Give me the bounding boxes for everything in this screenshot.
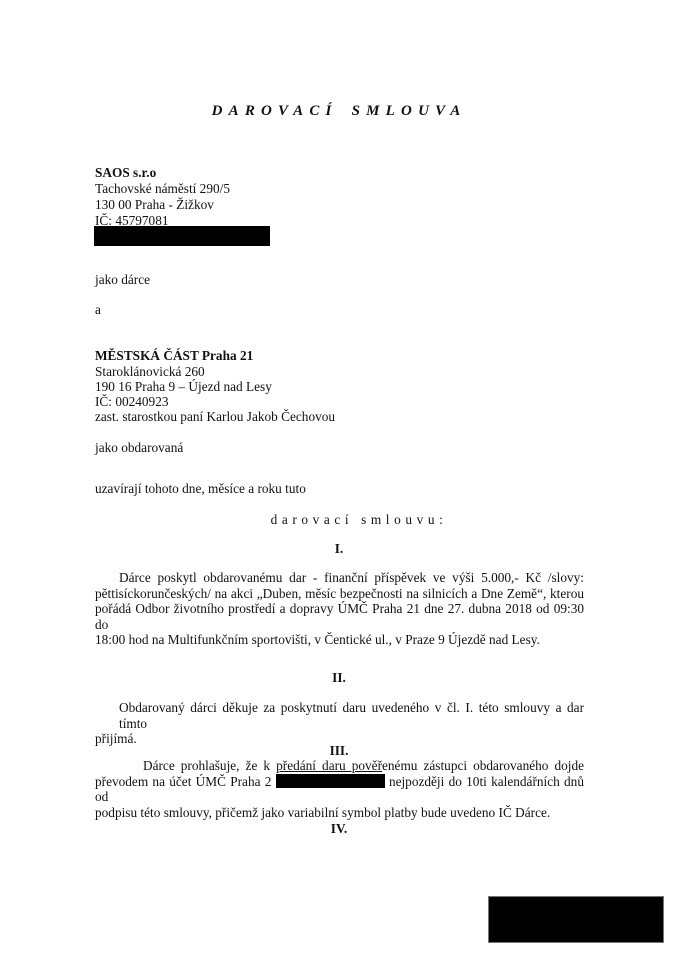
section-1-line: 18:00 hod na Multifunkčním sportovišti, … (95, 632, 584, 648)
section-2-text: Obdarovaný dárci děkuje za poskytnutí da… (95, 700, 584, 747)
recipient-city: 190 16 Praha 9 – Újezd nad Lesy (95, 379, 272, 395)
recipient-ic: IČ: 00240923 (95, 394, 169, 410)
subtitle: darovací smlouvu: (0, 512, 678, 528)
section-1-line: pěttisíckorunčeských/ na akci „Duben, mě… (95, 586, 584, 602)
document-title: DAROVACÍSMLOUVA (0, 103, 678, 120)
section-2-line: Obdarovaný dárci děkuje za poskytnutí da… (95, 700, 584, 731)
section-1-text: Dárce poskytl obdarovanému dar - finančn… (95, 570, 584, 648)
section-3-text: Dárce prohlašuje, že k předání daru pově… (95, 758, 584, 820)
donor-role: jako dárce (95, 272, 150, 288)
intro-text: uzavírají tohoto dne, měsíce a roku tuto (95, 481, 306, 497)
recipient-name: MĚSTSKÁ ČÁST Praha 21 (95, 348, 253, 364)
donor-street: Tachovské náměstí 290/5 (95, 181, 230, 197)
redacted-block (94, 226, 270, 246)
conjunction: a (95, 302, 101, 318)
recipient-role: jako obdarovaná (95, 440, 183, 456)
section-3-line: Dárce prohlašuje, že k předání daru pově… (95, 758, 584, 774)
donor-city: 130 00 Praha - Žižkov (95, 197, 214, 213)
donor-name: SAOS s.r.o (95, 165, 156, 181)
recipient-representative: zast. starostkou paní Karlou Jakob Čecho… (95, 409, 335, 425)
underlined-text: předání daru pověř (276, 758, 382, 773)
text-fragment: enému zástupci obdarovaného dojde (382, 758, 584, 773)
title-word-2: SMLOUVA (352, 103, 467, 119)
section-1-line: pořádá Odbor životního prostředí a dopra… (95, 601, 584, 632)
section-heading-1: I. (0, 541, 678, 557)
section-3-line: převodem na účet ÚMČ Praha 2 nejpozději … (95, 774, 584, 805)
section-1-line: Dárce poskytl obdarovanému dar - finančn… (95, 570, 584, 586)
section-heading-3: III. (0, 743, 678, 759)
text-fragment: Dárce prohlašuje, že k (143, 758, 270, 773)
section-3-line: podpisu této smlouvy, přičemž jako varia… (95, 805, 584, 821)
redacted-account-number (276, 774, 385, 788)
text-fragment: převodem na účet ÚMČ Praha 2 (95, 774, 271, 789)
section-heading-2: II. (0, 670, 678, 686)
section-heading-4: IV. (0, 821, 678, 837)
redacted-stamp (489, 897, 663, 942)
recipient-street: Staroklánovická 260 (95, 364, 205, 380)
title-word-1: DAROVACÍ (212, 103, 338, 119)
